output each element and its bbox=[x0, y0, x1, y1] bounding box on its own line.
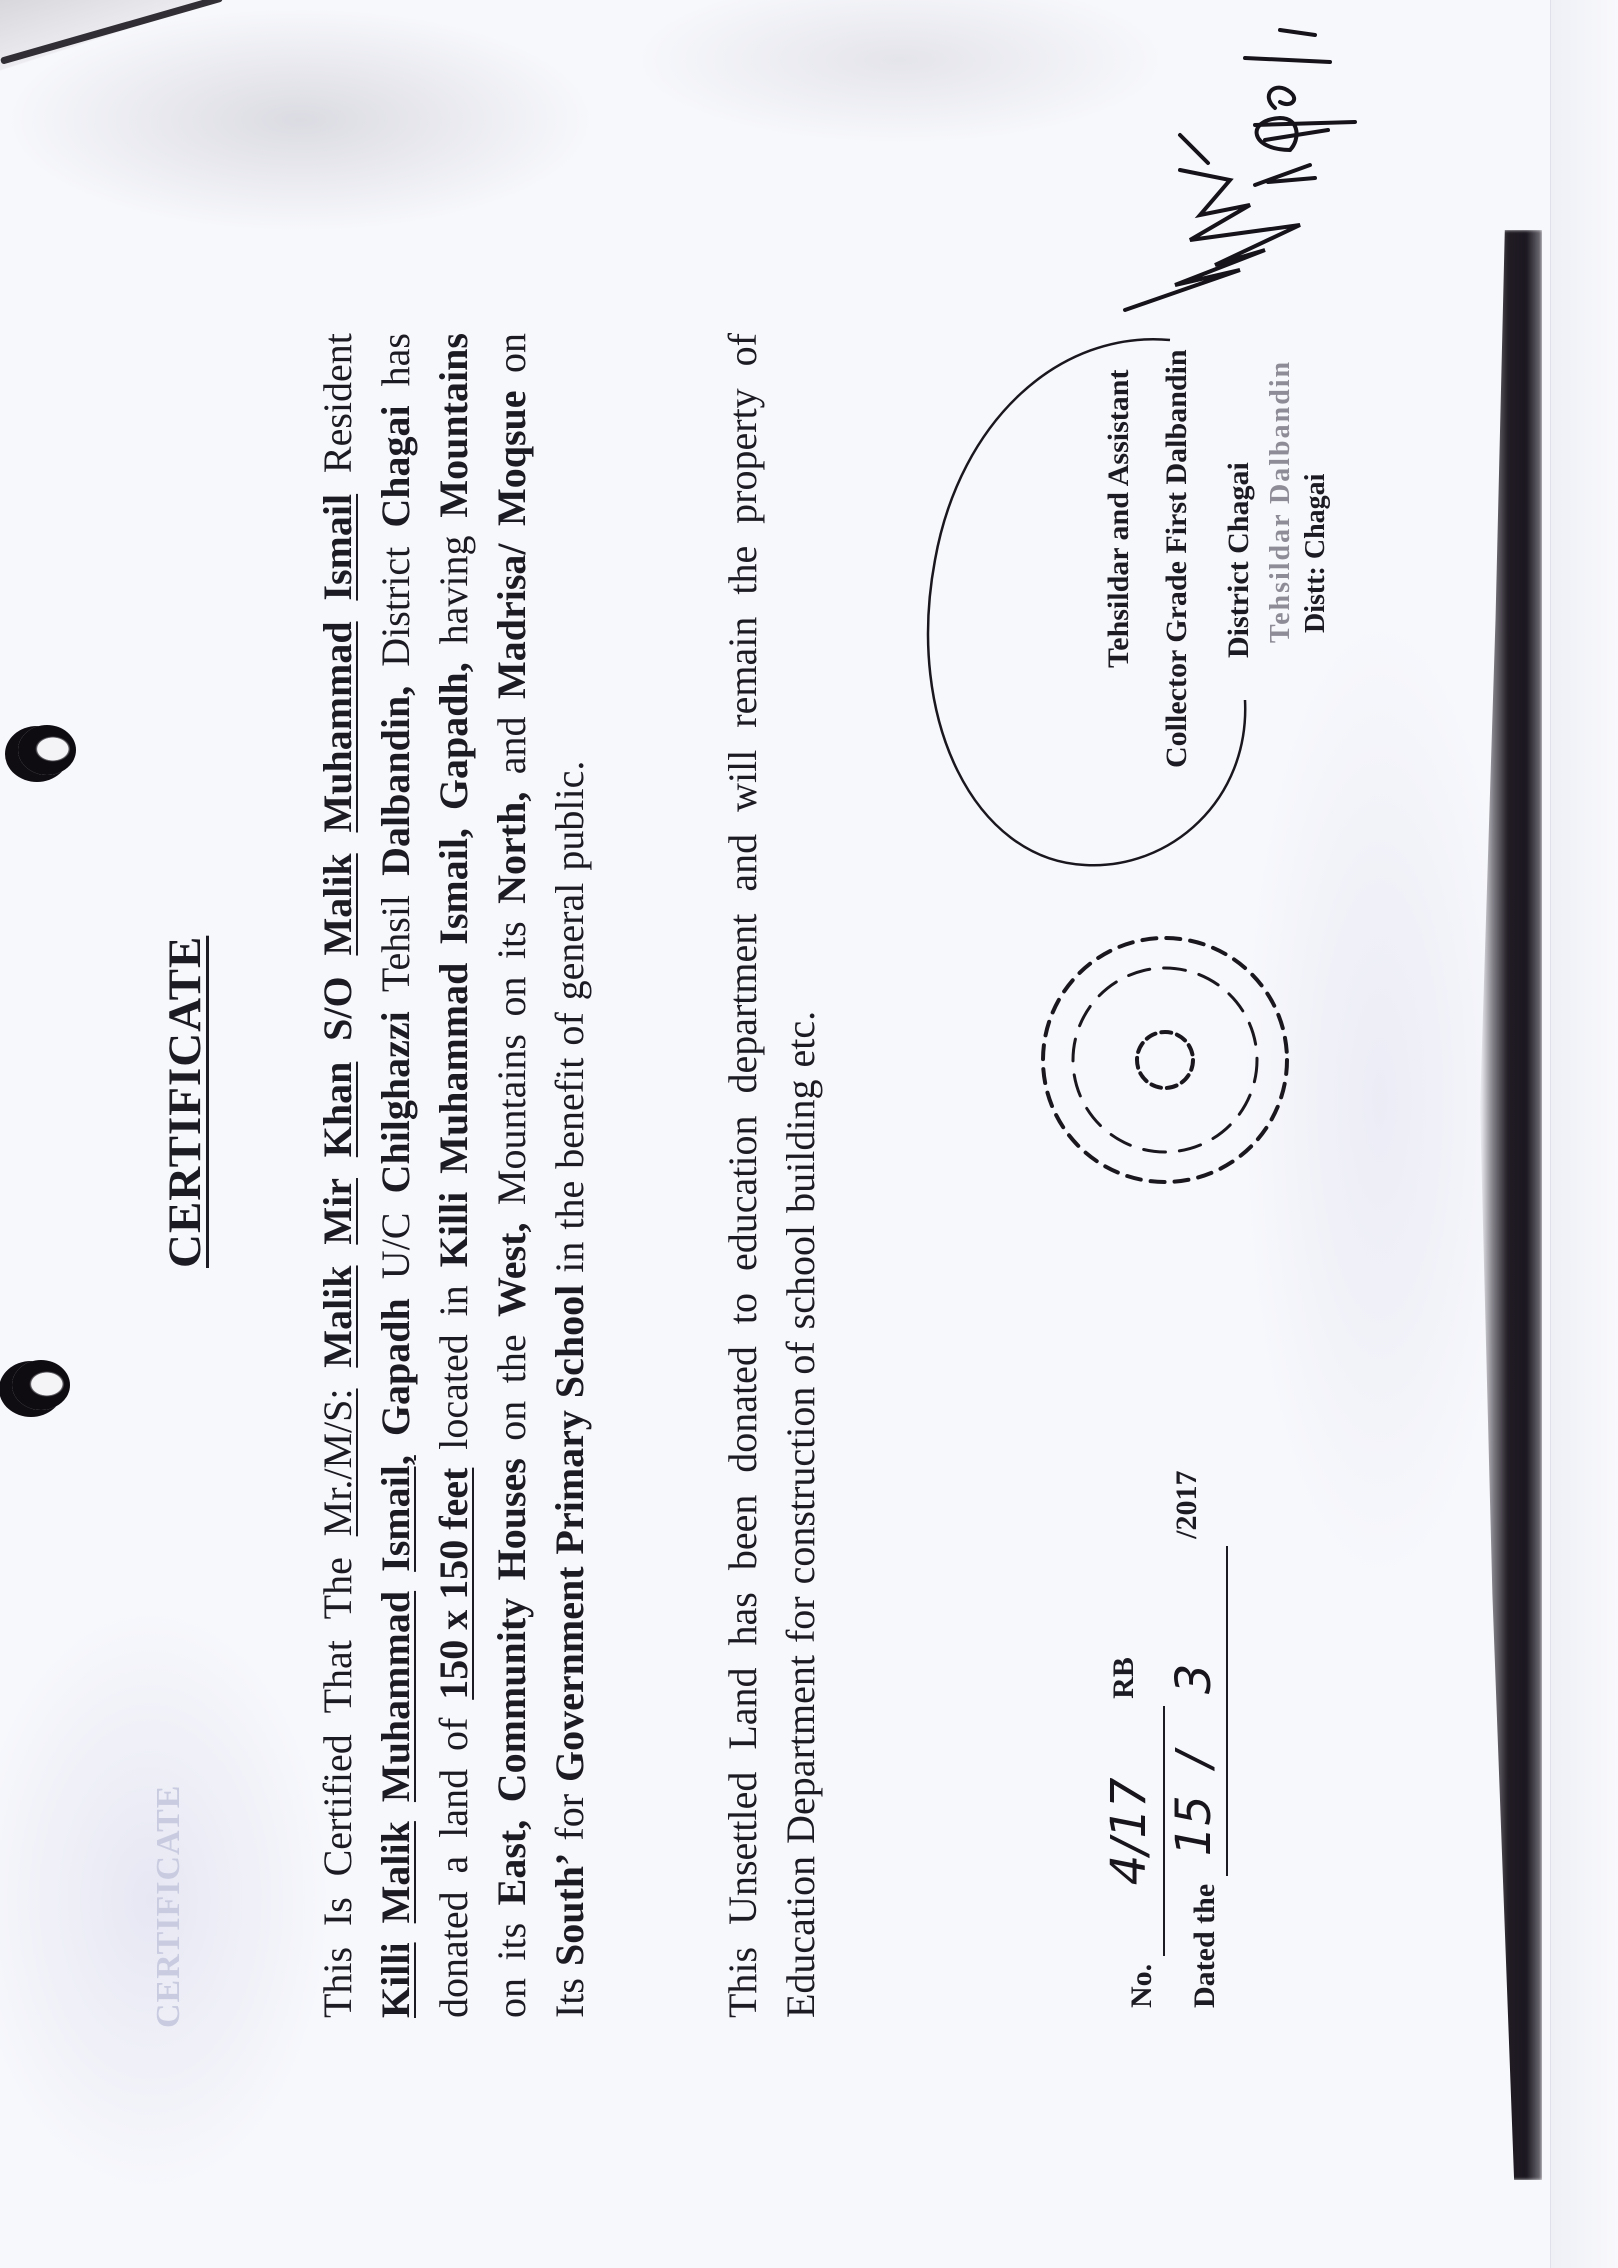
word: Unsettled bbox=[723, 1772, 763, 1925]
word: having bbox=[434, 536, 474, 645]
word: Ismail, bbox=[434, 828, 474, 945]
word: will bbox=[723, 750, 763, 812]
word: education bbox=[723, 1116, 763, 1272]
word: property bbox=[723, 388, 763, 524]
paragraph-line: donatedalandof150 x 150 feetlocatedinKil… bbox=[434, 333, 474, 2018]
word: Chagai bbox=[376, 405, 416, 527]
word: Chilghazzi bbox=[376, 1011, 416, 1193]
word: Its bbox=[550, 1978, 590, 2018]
word: Killi bbox=[376, 1942, 416, 2018]
word: has bbox=[376, 333, 416, 386]
word: Resident bbox=[318, 333, 358, 473]
word: Tehsil bbox=[376, 895, 416, 992]
word: U/C bbox=[376, 1213, 416, 1280]
word: its bbox=[492, 921, 532, 959]
ghost-bleed-text: CERTIFICATE bbox=[150, 1785, 188, 2028]
word: building bbox=[781, 1080, 821, 1213]
word: of bbox=[723, 333, 763, 366]
word: has bbox=[723, 1592, 763, 1645]
word: land bbox=[434, 1769, 474, 1838]
word: its bbox=[492, 1923, 532, 1961]
word: Malik bbox=[318, 1265, 358, 1367]
word: and bbox=[492, 716, 532, 774]
word: Mountains bbox=[492, 1034, 532, 1205]
word: Gapadh bbox=[376, 1298, 416, 1436]
word: Malik bbox=[376, 1821, 416, 1923]
word: That bbox=[318, 1640, 358, 1713]
word: Ismail, bbox=[376, 1455, 416, 1572]
dated-separator: / bbox=[1166, 1752, 1222, 1768]
word: Ismail bbox=[318, 494, 358, 601]
word: etc. bbox=[781, 1011, 821, 1068]
reference-number: No. 4/17 RB bbox=[1107, 1657, 1165, 2008]
word: Gapadh, bbox=[434, 662, 474, 810]
word: on bbox=[492, 1978, 532, 2018]
certificate-page: CERTIFICATE CERTIFICATE ThisIsCertifiedT… bbox=[0, 0, 1618, 2268]
dated-label: Dated the bbox=[1188, 1884, 1221, 2008]
dated-month: 3 bbox=[1166, 1664, 1222, 1695]
page-title: CERTIFICATE bbox=[158, 936, 212, 1268]
paragraph-line: ThisIsCertifiedThatTheMr./M/S:MalikMirKh… bbox=[318, 333, 358, 2018]
word: Mr./M/S: bbox=[318, 1388, 358, 1536]
word: the bbox=[723, 546, 763, 595]
signatory-line-1: Tehsildar and Assistant bbox=[1102, 370, 1136, 668]
word: school bbox=[781, 1225, 821, 1329]
signatory-line-2: Collector Grade First Dalbandin bbox=[1160, 349, 1194, 768]
word: Muhammad bbox=[434, 963, 474, 1174]
word: East, bbox=[492, 1820, 532, 1906]
word: donated bbox=[434, 1891, 474, 2018]
word: Government bbox=[550, 1566, 590, 1782]
word: School bbox=[550, 1285, 590, 1398]
word: and bbox=[723, 834, 763, 892]
word: Khan bbox=[318, 1062, 358, 1158]
reference-number-label: No. bbox=[1125, 1964, 1158, 2008]
word: South’ bbox=[550, 1853, 590, 1966]
paragraph-line: ThisUnsettledLandhasbeendonatedtoeducati… bbox=[723, 333, 763, 2018]
reference-number-value: 4/17 bbox=[1101, 1777, 1157, 1885]
paragraph-line: ItsSouth’forGovernmentPrimarySchoolinthe… bbox=[550, 333, 590, 2018]
word: of bbox=[434, 1718, 474, 1751]
word: Department bbox=[781, 1655, 821, 1844]
paragraph-line: onitsEast,CommunityHousesontheWest,Mount… bbox=[492, 333, 532, 2018]
word: in bbox=[550, 1242, 590, 1273]
reference-date: Dated the 15 / 3 /2017 bbox=[1170, 1471, 1228, 2009]
stamp-line-2: Distt: Chagai bbox=[1300, 474, 1332, 633]
word: in bbox=[434, 1285, 474, 1316]
word: North, bbox=[492, 792, 532, 904]
word: remain bbox=[723, 617, 763, 728]
reference-suffix: RB bbox=[1107, 1657, 1140, 1699]
word: been bbox=[723, 1495, 763, 1571]
word: Dalbandin, bbox=[376, 686, 416, 876]
word: Killi bbox=[434, 1192, 474, 1268]
word: 150 x 150 feet bbox=[434, 1468, 474, 1700]
word: donated bbox=[723, 1346, 763, 1473]
word: Madrisa/ bbox=[492, 543, 532, 699]
word: for bbox=[550, 1794, 590, 1841]
word: for bbox=[781, 1596, 821, 1643]
word: Mir bbox=[318, 1178, 358, 1245]
word: to bbox=[723, 1293, 763, 1324]
word: District bbox=[376, 547, 416, 667]
word: Is bbox=[318, 1897, 358, 1926]
word: Moqsue bbox=[492, 390, 532, 526]
word: public. bbox=[550, 761, 590, 871]
word: S/O bbox=[318, 976, 358, 1040]
word: Malik bbox=[318, 853, 358, 955]
word: Muhammad bbox=[318, 621, 358, 832]
word: Primary bbox=[550, 1410, 590, 1554]
word: of bbox=[781, 1341, 821, 1374]
word: the bbox=[550, 1181, 590, 1230]
word: Mountains bbox=[434, 333, 474, 518]
dated-day: 15 bbox=[1166, 1795, 1222, 1856]
word: Certified bbox=[318, 1734, 358, 1876]
word: general bbox=[550, 883, 590, 1001]
word: construction bbox=[781, 1387, 821, 1585]
word: on bbox=[492, 333, 532, 373]
word: on bbox=[492, 977, 532, 1017]
paragraph-line: KilliMalikMuhammadIsmail,GapadhU/CChilgh… bbox=[376, 333, 416, 2018]
word: on bbox=[492, 1401, 532, 1441]
signatory-line-3: District Chagai bbox=[1222, 462, 1256, 658]
word: This bbox=[723, 1947, 763, 2018]
word: the bbox=[492, 1334, 532, 1383]
word: Community bbox=[492, 1598, 532, 1802]
word: of bbox=[550, 1012, 590, 1045]
word: The bbox=[318, 1557, 358, 1619]
word: Houses bbox=[492, 1458, 532, 1580]
dated-year: /2017 bbox=[1170, 1471, 1203, 1539]
stamp-line-1: Tehsildar Dalbandin bbox=[1265, 360, 1297, 643]
word: department bbox=[723, 914, 763, 1094]
word: located bbox=[434, 1334, 474, 1450]
word: West, bbox=[492, 1223, 532, 1317]
word: Muhammad bbox=[376, 1591, 416, 1802]
word: Land bbox=[723, 1667, 763, 1749]
word: benefit bbox=[550, 1058, 590, 1169]
word: This bbox=[318, 1947, 358, 2018]
paragraph-line: EducationDepartmentforconstructionofscho… bbox=[781, 333, 821, 2018]
word: a bbox=[434, 1856, 474, 1874]
word: Education bbox=[781, 1856, 821, 2018]
